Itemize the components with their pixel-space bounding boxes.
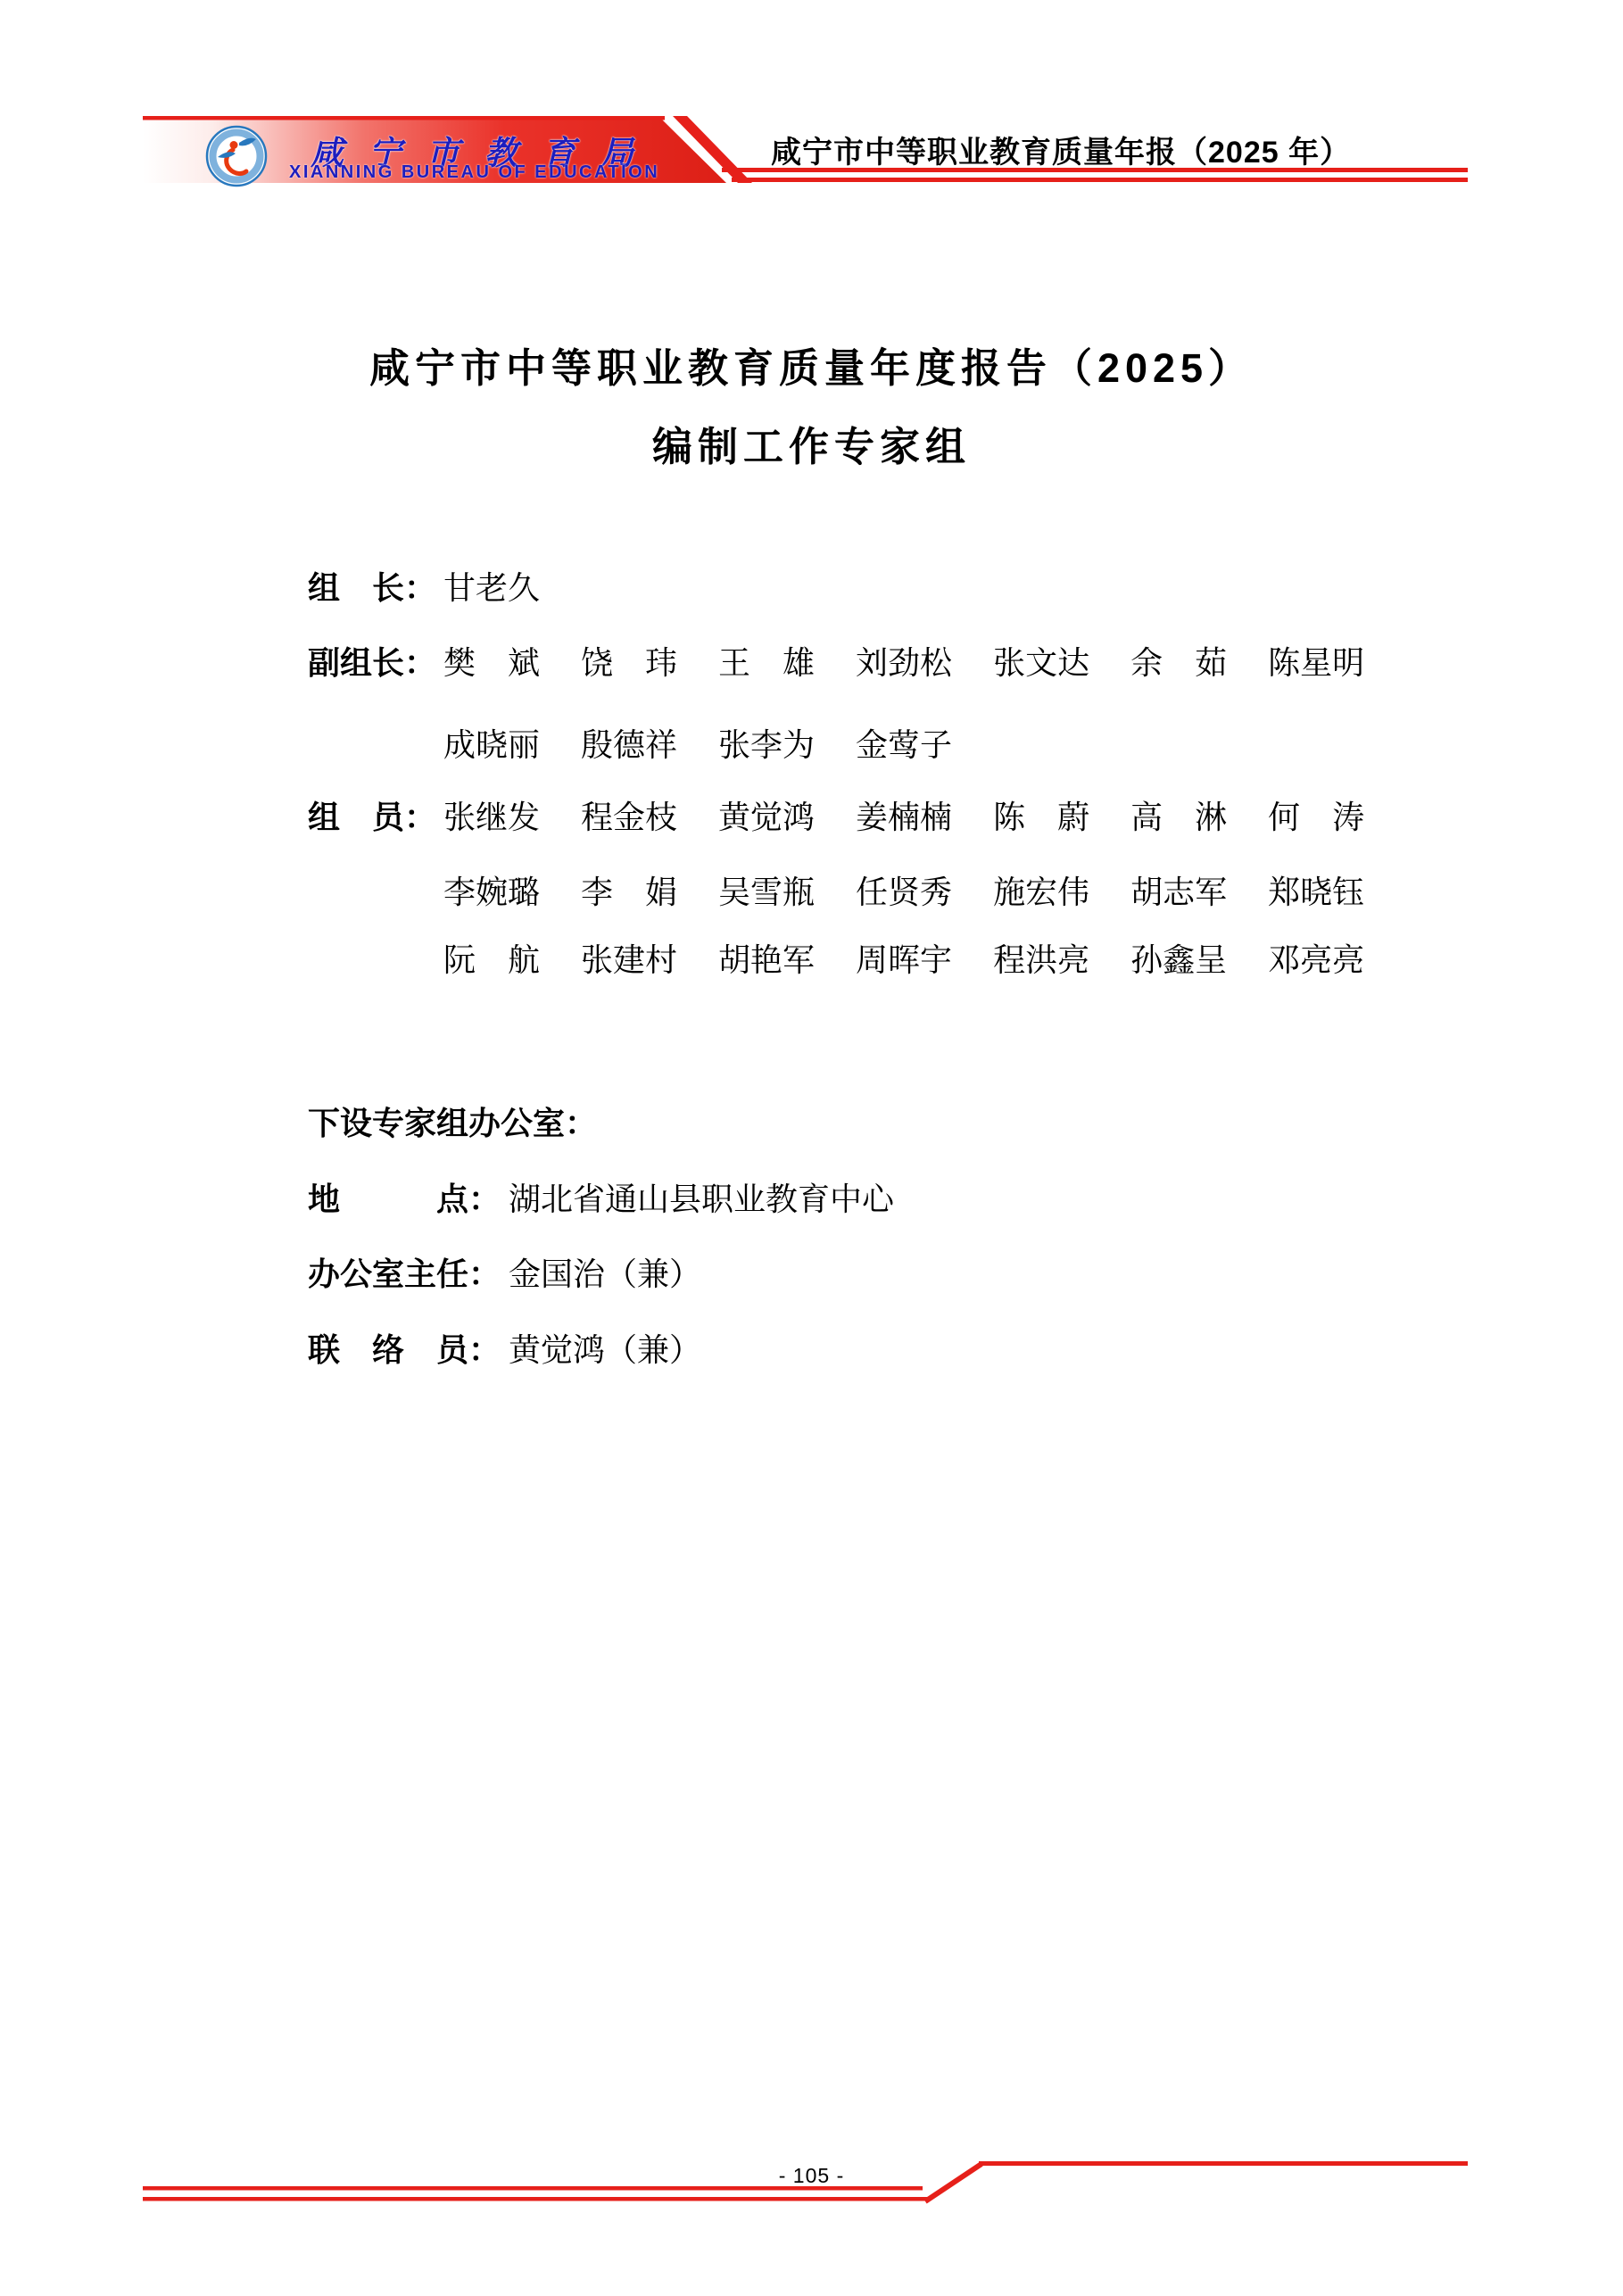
- roster-name: 何 涛: [1268, 801, 1364, 833]
- footer-rule-graphic: [0, 2142, 1623, 2249]
- office-label: 办公室主任：: [308, 1258, 501, 1290]
- roster-name: 陈星明: [1268, 647, 1364, 679]
- roster-row: 副组长：樊 斌饶 玮王 雄刘劲松张文达余 茹陈星明: [308, 647, 1364, 679]
- roster-name: 任贤秀: [856, 876, 952, 908]
- roster-name: 吴雪瓶: [718, 876, 815, 908]
- roster-name: 饶 玮: [581, 647, 677, 679]
- roster-name: 樊 斌: [443, 647, 540, 679]
- roster-names: 李婉璐李 娟吴雪瓶任贤秀施宏伟胡志军郑晓钰: [443, 876, 1364, 908]
- office-row: 地 点：湖北省通山县职业教育中心: [308, 1183, 894, 1215]
- banner-top-line: [143, 116, 665, 120]
- roster-name: 孙鑫呈: [1130, 944, 1227, 976]
- roster-name: 张继发: [443, 801, 540, 833]
- roster-label: 组 员：: [308, 801, 443, 833]
- office-label: 联 络 员：: [308, 1334, 501, 1366]
- roster-label: 组 长：: [308, 572, 443, 604]
- footer-line-right: [979, 2161, 1468, 2166]
- roster-name: 余 茹: [1130, 647, 1227, 679]
- roster-name: 甘老久: [443, 572, 540, 604]
- roster-names: 成晓丽殷德祥张李为金莺子: [443, 729, 952, 761]
- office-row: 办公室主任：金国治（兼）: [308, 1258, 701, 1290]
- roster-name: 王 雄: [718, 647, 815, 679]
- footer-line-diagonal: [925, 2164, 981, 2201]
- roster-row: 成晓丽殷德祥张李为金莺子: [308, 729, 952, 761]
- roster-name: 陈 蔚: [993, 801, 1089, 833]
- roster-name: 施宏伟: [993, 876, 1089, 908]
- roster-label: 副组长：: [308, 647, 443, 679]
- roster-name: 程洪亮: [993, 944, 1089, 976]
- office-row: 联 络 员：黄觉鸿（兼）: [308, 1334, 701, 1366]
- document-page: { "colors": { "red": "#e6201a", "banner_…: [0, 0, 1623, 2296]
- roster-name: 姜楠楠: [856, 801, 952, 833]
- roster-name: 成晓丽: [443, 729, 540, 761]
- office-heading: 下设专家组办公室：: [308, 1107, 597, 1140]
- bureau-logo-icon: [207, 127, 266, 186]
- footer-line-left-bottom: [143, 2197, 928, 2201]
- roster-row: 组 长：甘老久: [308, 572, 540, 604]
- doc-title-line2: 编制工作专家组: [0, 427, 1623, 467]
- roster-name: 阮 航: [443, 944, 540, 976]
- roster-name: 胡艳军: [718, 944, 815, 976]
- roster-name: 程金枝: [581, 801, 677, 833]
- roster-name: 李婉璐: [443, 876, 540, 908]
- roster-name: 黄觉鸿: [718, 801, 815, 833]
- report-header-title: 咸宁市中等职业教育质量年报（2025 年）: [771, 128, 1351, 171]
- roster-name: 张李为: [718, 729, 815, 761]
- roster-name: 胡志军: [1130, 876, 1227, 908]
- doc-title-line1: 咸宁市中等职业教育质量年度报告（2025）: [0, 348, 1623, 388]
- roster-name: 周晖宇: [856, 944, 952, 976]
- roster-name: 刘劲松: [856, 647, 952, 679]
- roster-names: 张继发程金枝黄觉鸿姜楠楠陈 蔚高 淋何 涛: [443, 801, 1364, 833]
- roster-names: 阮 航张建村胡艳军周晖宇程洪亮孙鑫呈邓亮亮: [443, 944, 1364, 976]
- office-value: 黄觉鸿（兼）: [509, 1334, 701, 1366]
- roster-name: 殷德祥: [581, 729, 677, 761]
- office-value: 金国治（兼）: [509, 1258, 701, 1290]
- logo-figure-head: [230, 141, 238, 149]
- roster-row: 组 员：张继发程金枝黄觉鸿姜楠楠陈 蔚高 淋何 涛: [308, 801, 1364, 833]
- roster-name: 高 淋: [1130, 801, 1227, 833]
- footer-line-left-top: [143, 2186, 923, 2191]
- bureau-name-en: XIANNING BUREAU OF EDUCATION: [289, 162, 659, 183]
- roster-name: 张建村: [581, 944, 677, 976]
- roster-row: 李婉璐李 娟吴雪瓶任贤秀施宏伟胡志军郑晓钰: [308, 876, 1364, 908]
- roster-names: 甘老久: [443, 572, 540, 604]
- roster-name: 金莺子: [856, 729, 952, 761]
- office-value: 湖北省通山县职业教育中心: [509, 1183, 894, 1215]
- header-rule-bottom: [732, 178, 1468, 182]
- roster-names: 樊 斌饶 玮王 雄刘劲松张文达余 茹陈星明: [443, 647, 1364, 679]
- roster-name: 李 娟: [581, 876, 677, 908]
- roster-name: 邓亮亮: [1268, 944, 1364, 976]
- roster-row: 阮 航张建村胡艳军周晖宇程洪亮孙鑫呈邓亮亮: [308, 944, 1364, 976]
- roster-name: 郑晓钰: [1268, 876, 1364, 908]
- office-label: 地 点：: [308, 1183, 501, 1215]
- roster-name: 张文达: [993, 647, 1089, 679]
